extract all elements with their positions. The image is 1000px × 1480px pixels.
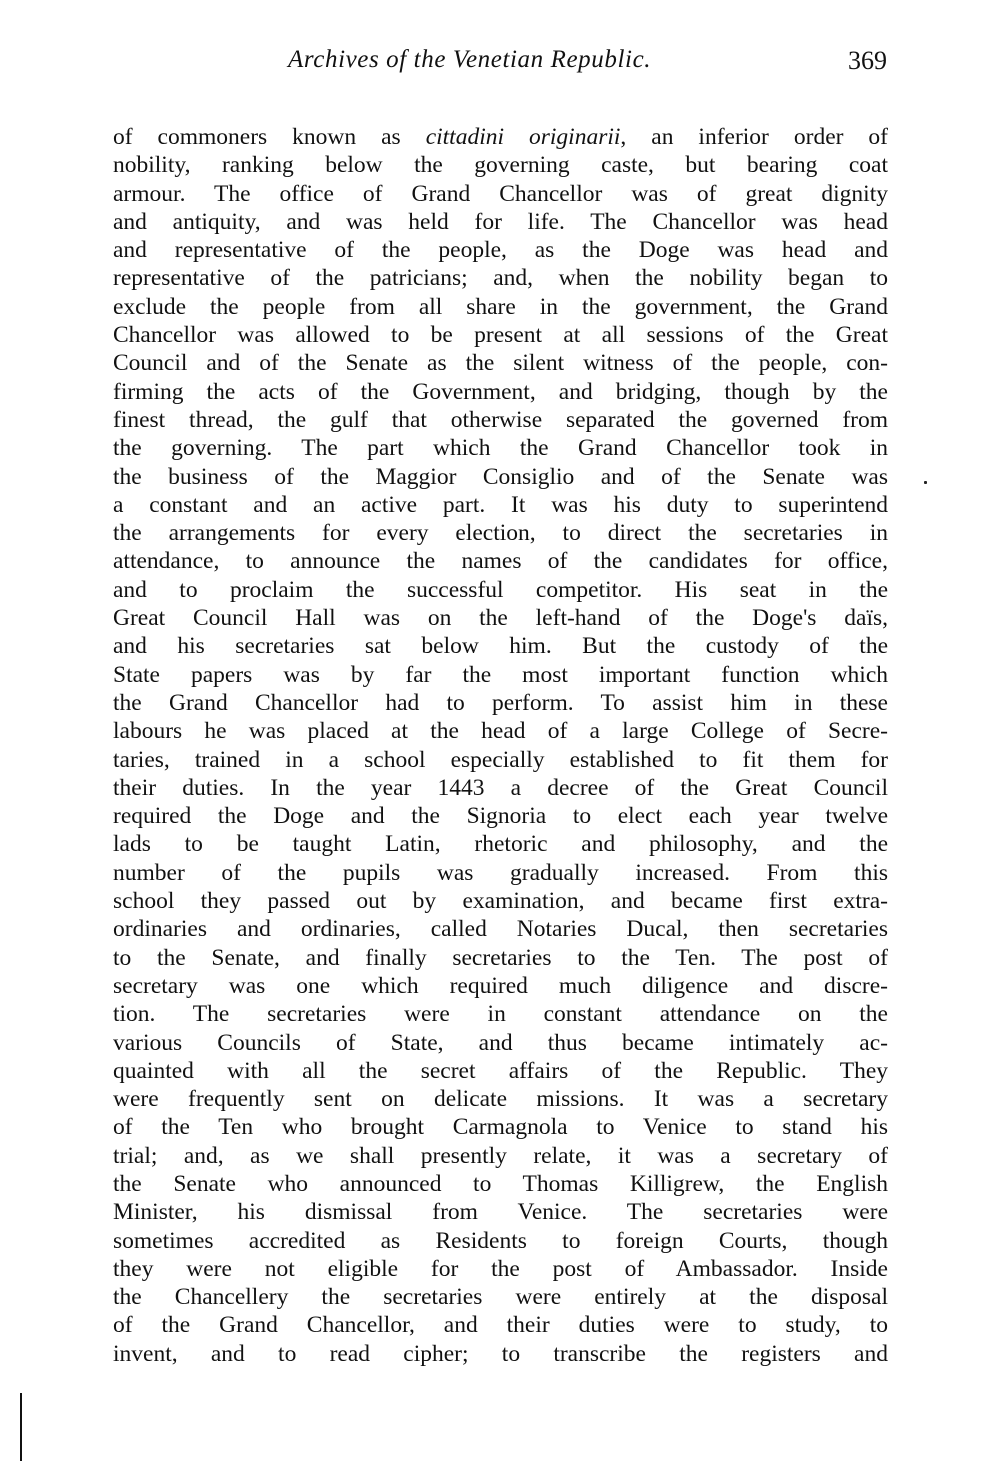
text-line: invent, and to read cipher; to transcrib… — [113, 1340, 888, 1368]
text-line: their duties. In the year 1443 a decree … — [113, 774, 888, 802]
text-line: Great Council Hall was on the left-hand … — [113, 604, 888, 632]
text-line: exclude the people from all share in the… — [113, 293, 888, 321]
text-line: trial; and, as we shall presently relate… — [113, 1142, 888, 1170]
text-line: and his secretaries sat below him. But t… — [113, 632, 888, 660]
text-line: number of the pupils was gradually incre… — [113, 859, 888, 887]
running-title: Archives of the Venetian Republic. — [288, 46, 651, 74]
text-line: of the Grand Chancellor, and their dutie… — [113, 1311, 888, 1339]
body-paragraph: of commoners known as cittadini originar… — [113, 123, 888, 1368]
text-line: firming the acts of the Government, and … — [113, 378, 888, 406]
text-line: finest thread, the gulf that otherwise s… — [113, 406, 888, 434]
text-line: armour. The office of Grand Chancellor w… — [113, 180, 888, 208]
text-line: were frequently sent on delicate mission… — [113, 1085, 888, 1113]
text-line: nobility, ranking below the governing ca… — [113, 151, 888, 179]
text-line: lads to be taught Latin, rhetoric and ph… — [113, 830, 888, 858]
text-line: tion. The secretaries were in constant a… — [113, 1000, 888, 1028]
page-number: 369 — [848, 46, 887, 76]
text-line: Minister, his dismissal from Venice. The… — [113, 1198, 888, 1226]
binding-edge-mark — [20, 1393, 22, 1461]
text-line: and to proclaim the successful competito… — [113, 576, 888, 604]
text-line: the Chancellery the secretaries were ent… — [113, 1283, 888, 1311]
text-line: quainted with all the secret affairs of … — [113, 1057, 888, 1085]
text-line: a constant and an active part. It was hi… — [113, 491, 888, 519]
text-line: Chancellor was allowed to be present at … — [113, 321, 888, 349]
text-line: representative of the patricians; and, w… — [113, 264, 888, 292]
text-line: sometimes accredited as Residents to for… — [113, 1227, 888, 1255]
text-run: of commoners known as — [113, 124, 426, 150]
text-line: the arrangements for every election, to … — [113, 519, 888, 547]
book-page: Archives of the Venetian Republic. 369 o… — [0, 0, 1000, 1480]
text-line-1: of commoners known as cittadini originar… — [113, 123, 888, 151]
text-line: Council and of the Senate as the silent … — [113, 349, 888, 377]
text-line: secretary was one which required much di… — [113, 972, 888, 1000]
text-run: , an inferior order of — [620, 124, 888, 150]
scan-speck — [924, 481, 927, 484]
text-line: labours he was placed at the head of a l… — [113, 717, 888, 745]
text-line: various Councils of State, and thus beca… — [113, 1029, 888, 1057]
text-line: the governing. The part which the Grand … — [113, 434, 888, 462]
text-line: State papers was by far the most importa… — [113, 661, 888, 689]
running-header: Archives of the Venetian Republic. 369 — [288, 46, 888, 86]
text-line: taries, trained in a school especially e… — [113, 746, 888, 774]
text-line: and antiquity, and was held for life. Th… — [113, 208, 888, 236]
italic-term-cittadini-originarii: cittadini originarii — [426, 124, 621, 150]
text-line: to the Senate, and finally secretaries t… — [113, 944, 888, 972]
text-line: they were not eligible for the post of A… — [113, 1255, 888, 1283]
text-line: school they passed out by examination, a… — [113, 887, 888, 915]
text-line: required the Doge and the Signoria to el… — [113, 802, 888, 830]
text-line: and representative of the people, as the… — [113, 236, 888, 264]
text-line: attendance, to announce the names of the… — [113, 547, 888, 575]
text-line: of the Ten who brought Carmagnola to Ven… — [113, 1113, 888, 1141]
text-line: the Grand Chancellor had to perform. To … — [113, 689, 888, 717]
text-line: ordinaries and ordinaries, called Notari… — [113, 915, 888, 943]
text-line: the business of the Maggior Consiglio an… — [113, 463, 888, 491]
text-line: the Senate who announced to Thomas Killi… — [113, 1170, 888, 1198]
